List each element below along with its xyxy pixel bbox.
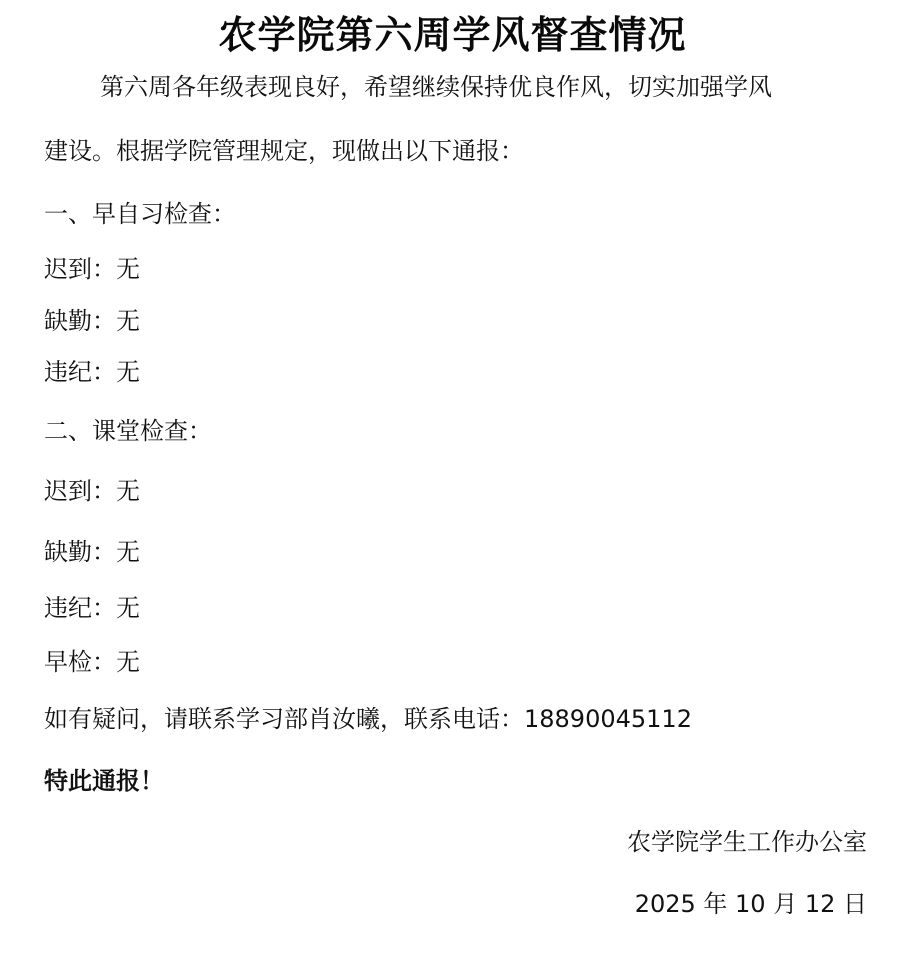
- section-heading-class-check: 二、课堂检查：: [44, 416, 212, 446]
- class-morning-check: 早检：无: [44, 647, 140, 677]
- morning-discipline: 违纪：无: [44, 357, 140, 387]
- contact-info: 如有疑问，请联系学习部肖汝曦，联系电话：18890045112: [44, 704, 692, 734]
- class-late: 迟到：无: [44, 476, 140, 506]
- class-absence: 缺勤：无: [44, 537, 140, 567]
- signature-office: 农学院学生工作办公室: [627, 827, 867, 857]
- document-title: 农学院第六周学风督查情况: [0, 4, 905, 59]
- intro-line-1: 第六周各年级表现良好，希望继续保持优良作风，切实加强学风: [100, 72, 772, 102]
- morning-absence: 缺勤：无: [44, 306, 140, 336]
- class-discipline: 违纪：无: [44, 593, 140, 623]
- morning-late: 迟到：无: [44, 254, 140, 284]
- closing-statement: 特此通报！: [44, 766, 164, 796]
- signature-date: 2025 年 10 月 12 日: [635, 889, 867, 919]
- intro-line-2: 建设。根据学院管理规定，现做出以下通报：: [44, 136, 524, 166]
- section-heading-morning-study: 一、早自习检查：: [44, 199, 236, 229]
